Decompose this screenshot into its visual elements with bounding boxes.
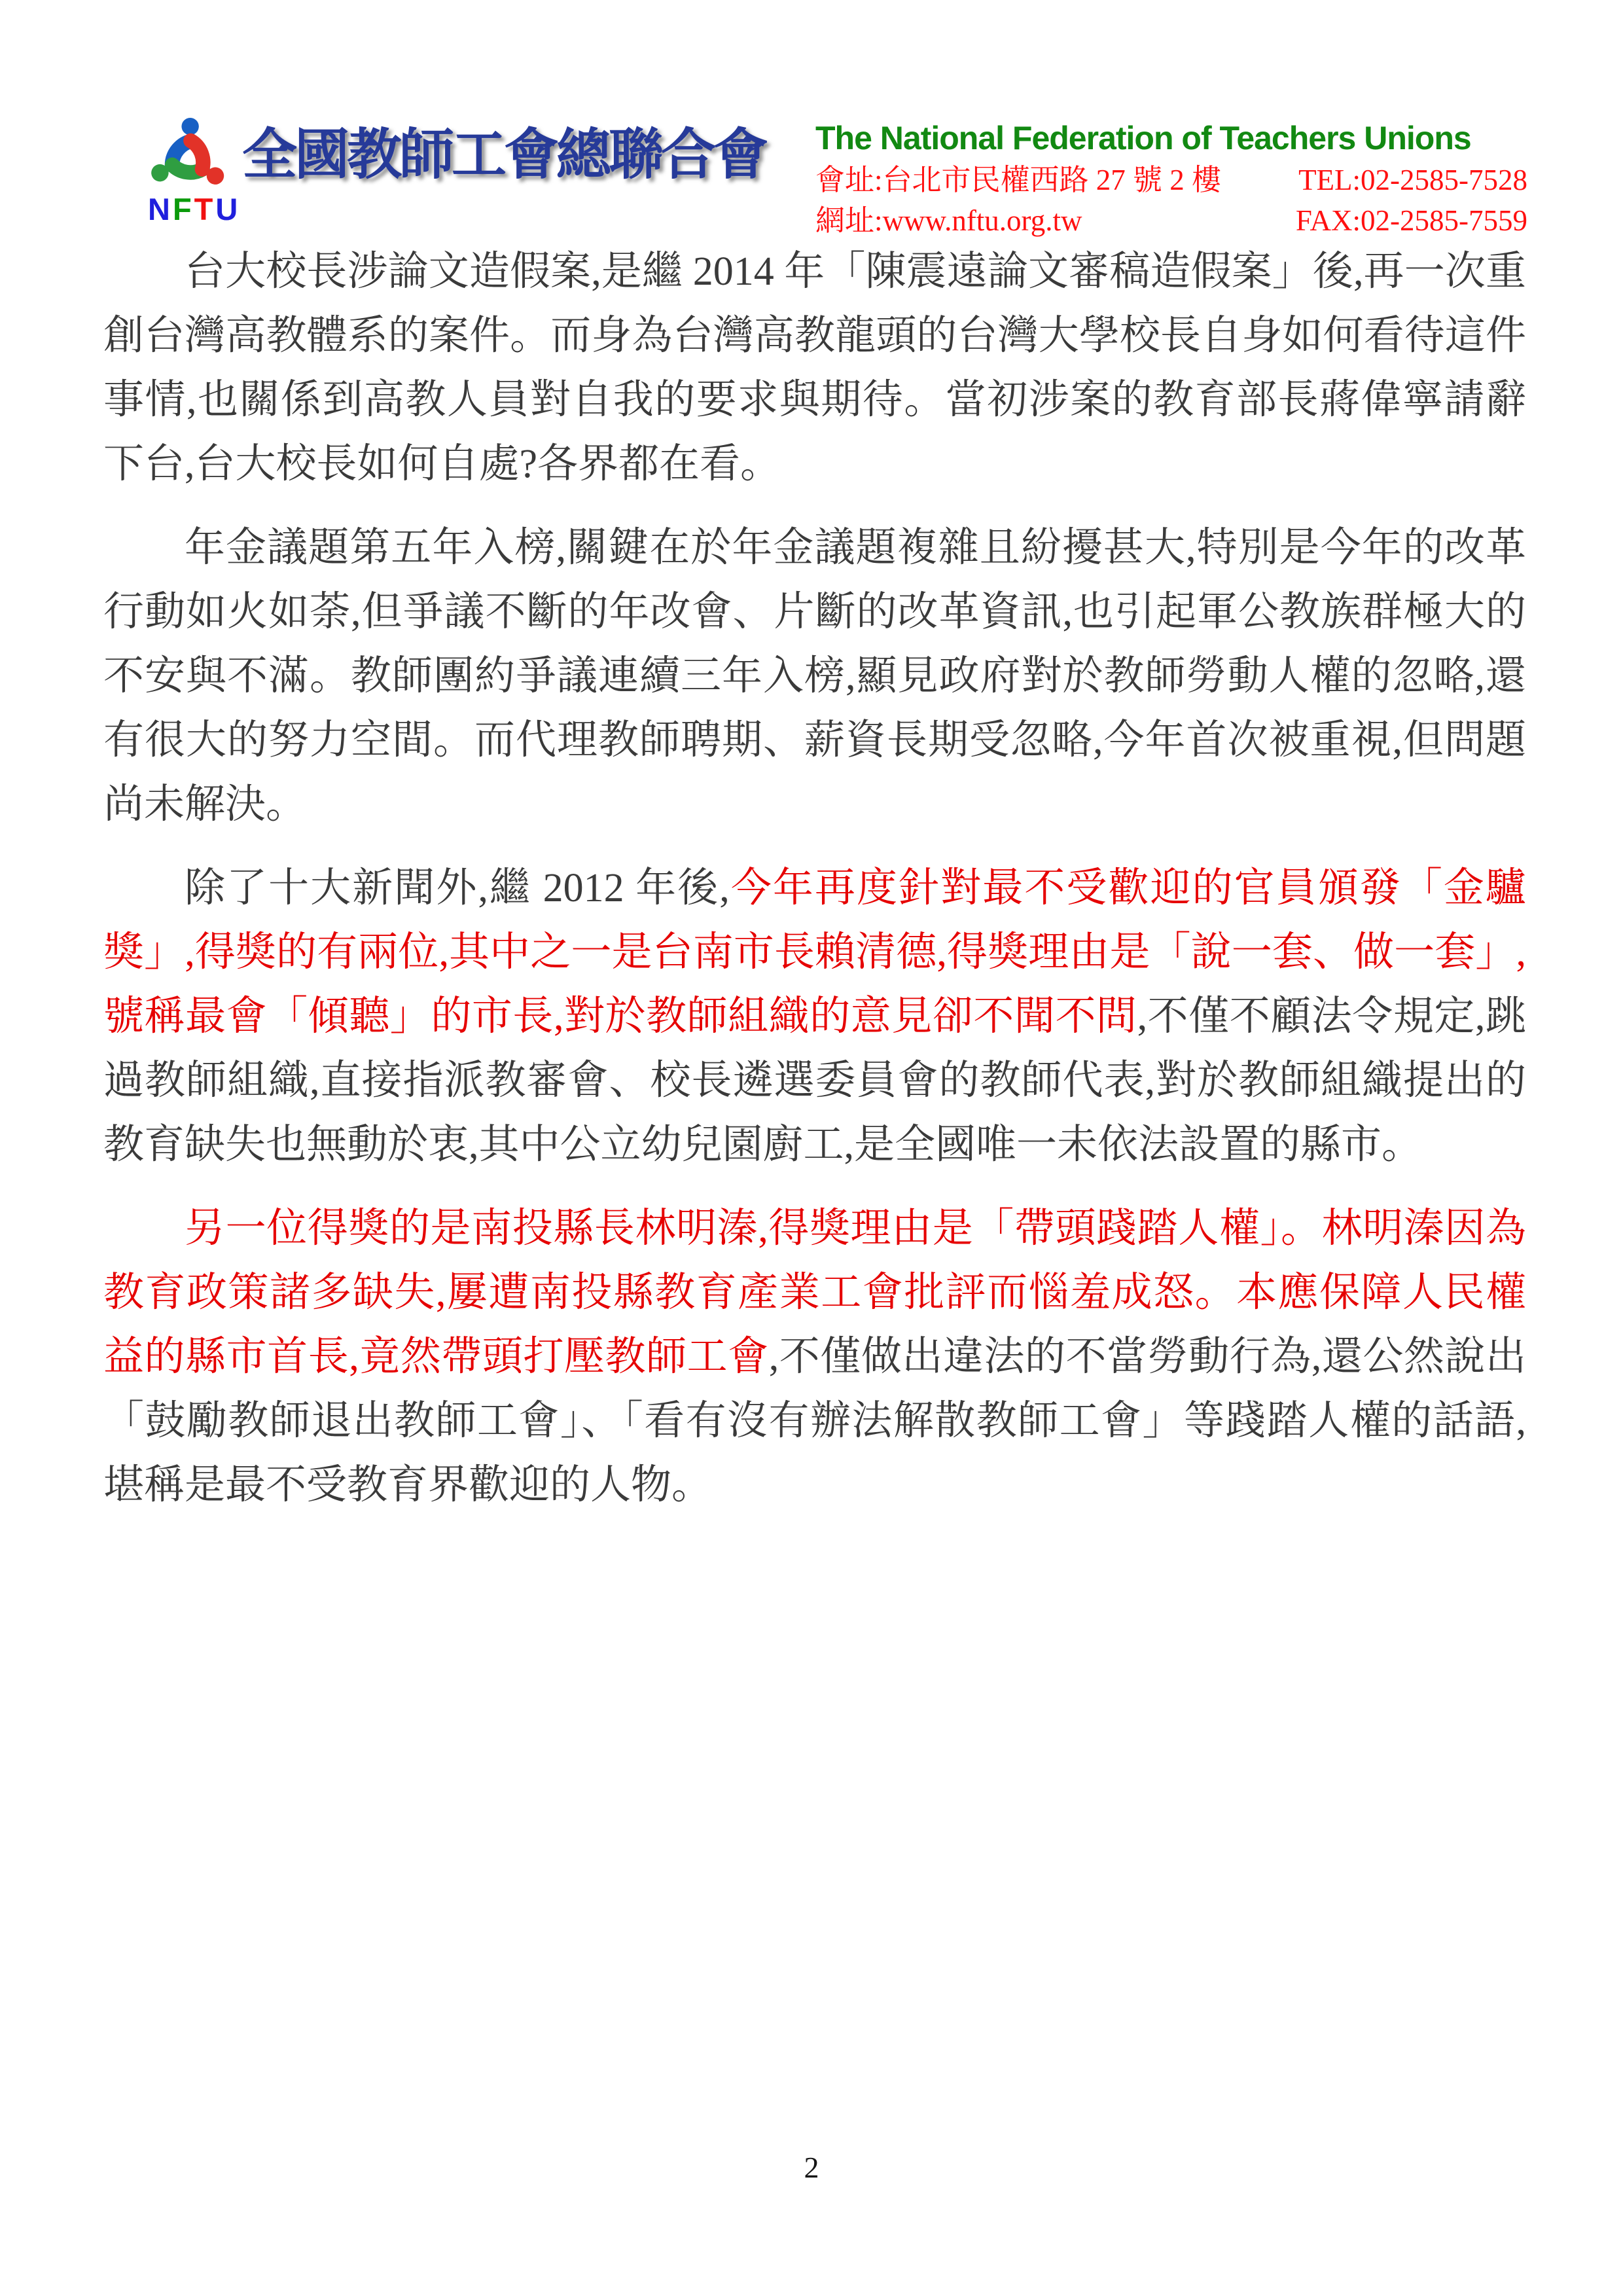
page-number: 2 [804,2151,819,2184]
paragraph: 除了十大新聞外,繼 2012 年後,今年再度針對最不受歡迎的官員頒發「金驢獎」,… [103,856,1526,1177]
body-text: 台大校長涉論文造假案,是繼 2014 年「陳震遠論文審稿造假案」後,再一次重創台… [103,249,1526,486]
fax-label: FAX:02-2585-7559 [1296,200,1527,241]
page-footer: 2 [0,2150,1623,2185]
contact-block: The National Federation of Teachers Unio… [815,120,1527,241]
logo-acronym-letter: F [173,192,194,226]
logo-acronym-letter: T [194,192,216,226]
org-name-en: The National Federation of Teachers Unio… [815,120,1527,156]
logo-acronym-letter: N [148,192,173,226]
logo-acronym-letter: U [215,192,240,226]
paragraph: 另一位得獎的是南投縣長林明溱,得獎理由是「帶頭踐踏人權」。林明溱因為教育政策諸多… [103,1196,1526,1517]
document-page: NFTU 全國教師工會總聯合會 The National Federation … [0,0,1623,2296]
body-paragraphs: 台大校長涉論文造假案,是繼 2014 年「陳震遠論文審稿造假案」後,再一次重創台… [103,240,1526,1517]
tel-label: TEL:02-2585-7528 [1298,160,1527,200]
paragraph: 年金議題第五年入榜,關鍵在於年金議題複雜且紛擾甚大,特別是今年的改革行動如火如荼… [103,516,1526,836]
contact-row-1: 會址:台北市民權西路 27 號 2 樓 TEL:02-2585-7528 [815,160,1527,200]
body-text: 年金議題第五年入榜,關鍵在於年金議題複雜且紛擾甚大,特別是今年的改革行動如火如荼… [103,526,1526,827]
website-label: 網址:www.nftu.org.tw [815,200,1082,241]
contact-row-2: 網址:www.nftu.org.tw FAX:02-2585-7559 [815,200,1527,241]
logo-acronym: NFTU [148,194,240,224]
address-label: 會址:台北市民權西路 27 號 2 樓 [815,160,1221,200]
org-name-zh: 全國教師工會總聯合會 [242,128,766,183]
body-text: 除了十大新聞外,繼 2012 年後, [185,866,730,910]
paragraph: 台大校長涉論文造假案,是繼 2014 年「陳震遠論文審稿造假案」後,再一次重創台… [103,240,1526,496]
nftu-logo-icon [145,115,232,202]
